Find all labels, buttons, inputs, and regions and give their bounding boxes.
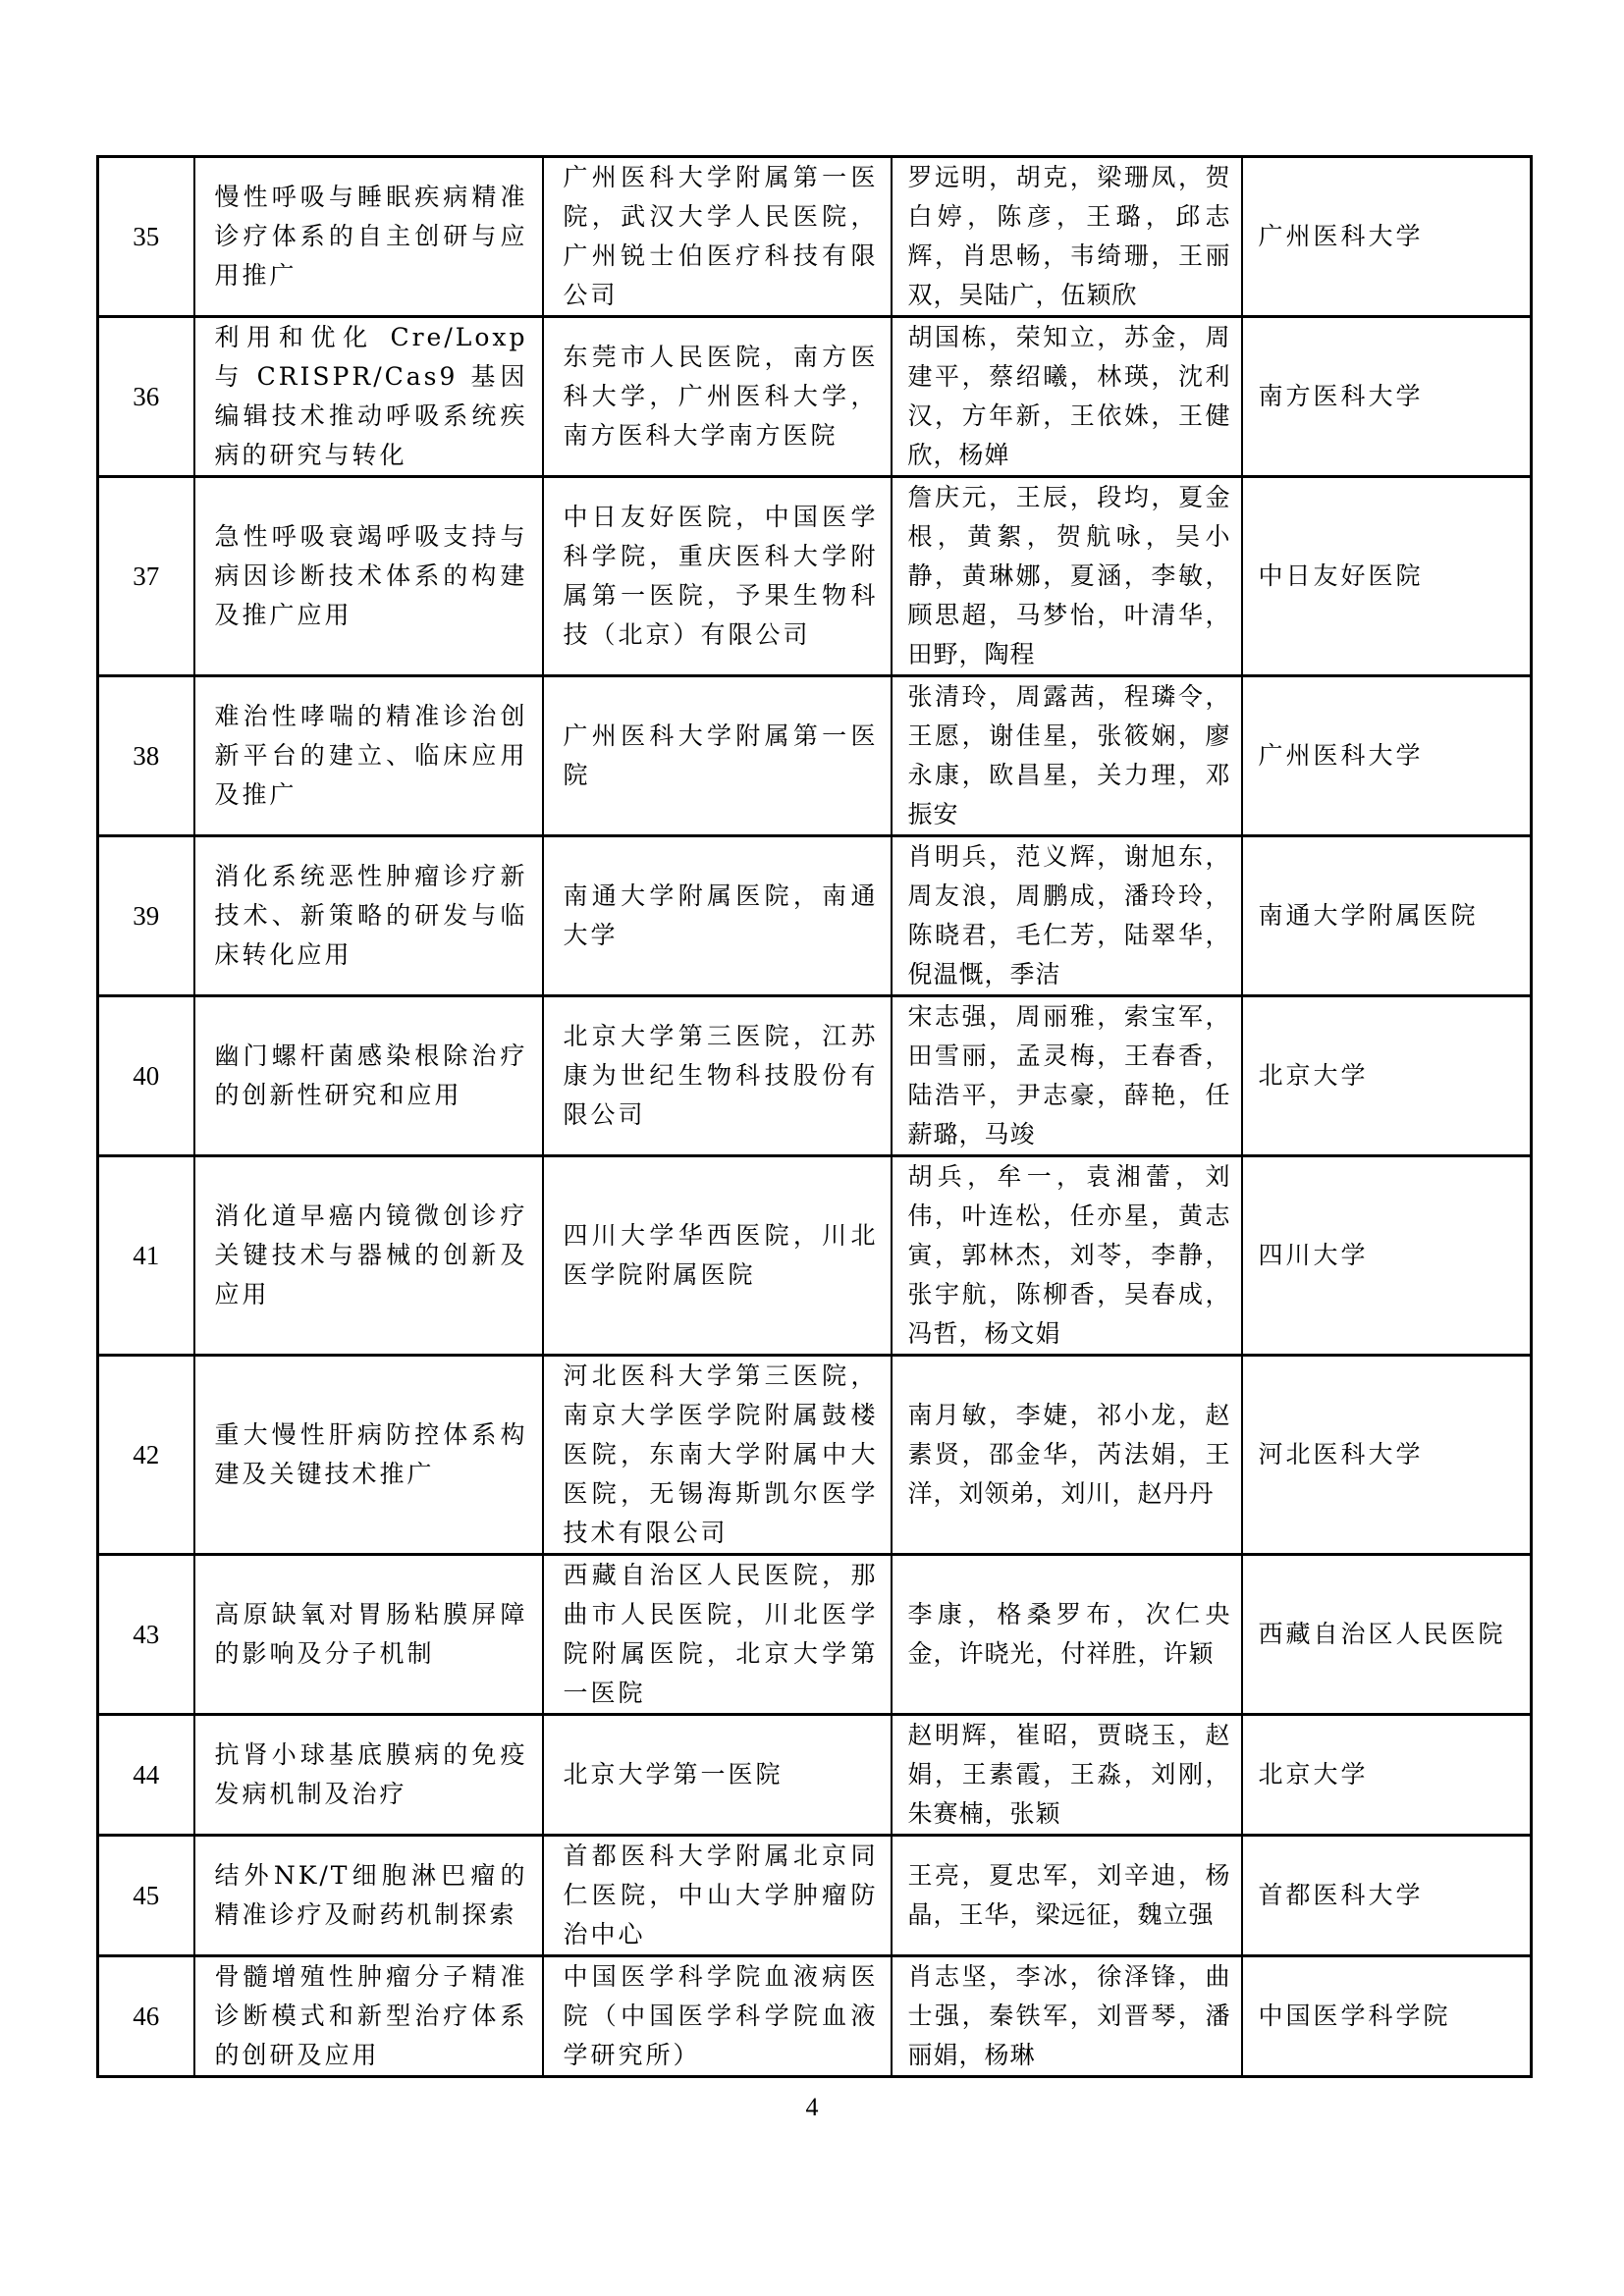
table-row: 40 幽门螺杆菌感染根除治疗的创新性研究和应用 北京大学第三医院，江苏康为世纪生… (98, 996, 1532, 1156)
table-row: 39 消化系统恶性肿瘤诊疗新技术、新策略的研发与临床转化应用 南通大学附属医院，… (98, 836, 1532, 996)
row-number: 41 (98, 1156, 194, 1356)
completing-organizations: 广州医科大学附属第一医院，武汉大学人民医院，广州锐士伯医疗科技有限公司 (543, 157, 892, 317)
nominating-unit: 首都医科大学 (1242, 1836, 1532, 1956)
table-row: 43 高原缺氧对胃肠粘膜屏障的影响及分子机制 西藏自治区人民医院，那曲市人民医院… (98, 1555, 1532, 1715)
row-number: 42 (98, 1356, 194, 1555)
completing-members: 胡国栋，荣知立，苏金，周建平，蔡绍曦，林瑛，沈利汉，方年新，王依姝，王健欣，杨婵 (892, 317, 1242, 477)
nominating-unit: 南通大学附属医院 (1242, 836, 1532, 996)
nominating-unit: 北京大学 (1242, 1715, 1532, 1836)
completing-organizations: 中国医学科学院血液病医院（中国医学科学院血液学研究所） (543, 1956, 892, 2077)
project-title: 高原缺氧对胃肠粘膜屏障的影响及分子机制 (194, 1555, 543, 1715)
project-title: 难治性哮喘的精准诊治创新平台的建立、临床应用及推广 (194, 676, 543, 836)
nominating-unit: 中国医学科学院 (1242, 1956, 1532, 2077)
completing-members: 张清玲，周露茜，程璘令，王愿，谢佳星，张筱娴，廖永康，欧昌星，关力理，邓振安 (892, 676, 1242, 836)
project-title: 重大慢性肝病防控体系构建及关键技术推广 (194, 1356, 543, 1555)
nominating-unit: 西藏自治区人民医院 (1242, 1555, 1532, 1715)
awards-table: 35 慢性呼吸与睡眠疾病精准诊疗体系的自主创研与应用推广 广州医科大学附属第一医… (96, 155, 1533, 2078)
project-title: 消化系统恶性肿瘤诊疗新技术、新策略的研发与临床转化应用 (194, 836, 543, 996)
completing-members: 李康，格桑罗布，次仁央金，许晓光，付祥胜，许颖 (892, 1555, 1242, 1715)
row-number: 39 (98, 836, 194, 996)
project-title: 骨髓增殖性肿瘤分子精准诊断模式和新型治疗体系的创研及应用 (194, 1956, 543, 2077)
row-number: 46 (98, 1956, 194, 2077)
completing-members: 赵明辉，崔昭，贾晓玉，赵娟，王素霞，王淼，刘刚，朱赛楠，张颖 (892, 1715, 1242, 1836)
project-title: 消化道早癌内镜微创诊疗关键技术与器械的创新及应用 (194, 1156, 543, 1356)
completing-organizations: 南通大学附属医院，南通大学 (543, 836, 892, 996)
table-row: 37 急性呼吸衰竭呼吸支持与病因诊断技术体系的构建及推广应用 中日友好医院，中国… (98, 477, 1532, 676)
table-row: 45 结外NK/T细胞淋巴瘤的精准诊疗及耐药机制探索 首都医科大学附属北京同仁医… (98, 1836, 1532, 1956)
completing-organizations: 中日友好医院，中国医学科学院，重庆医科大学附属第一医院，予果生物科技（北京）有限… (543, 477, 892, 676)
completing-organizations: 四川大学华西医院，川北医学院附属医院 (543, 1156, 892, 1356)
completing-members: 肖志坚，李冰，徐泽锋，曲士强，秦铁军，刘晋琴，潘丽娟，杨琳 (892, 1956, 1242, 2077)
table-row: 46 骨髓增殖性肿瘤分子精准诊断模式和新型治疗体系的创研及应用 中国医学科学院血… (98, 1956, 1532, 2077)
table-row: 41 消化道早癌内镜微创诊疗关键技术与器械的创新及应用 四川大学华西医院，川北医… (98, 1156, 1532, 1356)
nominating-unit: 北京大学 (1242, 996, 1532, 1156)
project-title: 利用和优化 Cre/Loxp 与 CRISPR/Cas9 基因编辑技术推动呼吸系… (194, 317, 543, 477)
completing-organizations: 首都医科大学附属北京同仁医院，中山大学肿瘤防治中心 (543, 1836, 892, 1956)
nominating-unit: 广州医科大学 (1242, 676, 1532, 836)
project-title: 幽门螺杆菌感染根除治疗的创新性研究和应用 (194, 996, 543, 1156)
nominating-unit: 南方医科大学 (1242, 317, 1532, 477)
project-title: 结外NK/T细胞淋巴瘤的精准诊疗及耐药机制探索 (194, 1836, 543, 1956)
completing-organizations: 北京大学第一医院 (543, 1715, 892, 1836)
table-row: 44 抗肾小球基底膜病的免疫发病机制及治疗 北京大学第一医院 赵明辉，崔昭，贾晓… (98, 1715, 1532, 1836)
row-number: 40 (98, 996, 194, 1156)
completing-organizations: 北京大学第三医院，江苏康为世纪生物科技股份有限公司 (543, 996, 892, 1156)
row-number: 38 (98, 676, 194, 836)
row-number: 36 (98, 317, 194, 477)
project-title: 急性呼吸衰竭呼吸支持与病因诊断技术体系的构建及推广应用 (194, 477, 543, 676)
completing-members: 肖明兵，范义辉，谢旭东，周友浪，周鹏成，潘玲玲，陈晓君，毛仁芳，陆翠华，倪温慨，… (892, 836, 1242, 996)
table-row: 42 重大慢性肝病防控体系构建及关键技术推广 河北医科大学第三医院，南京大学医学… (98, 1356, 1532, 1555)
completing-organizations: 西藏自治区人民医院，那曲市人民医院，川北医学院附属医院，北京大学第一医院 (543, 1555, 892, 1715)
completing-members: 胡兵，牟一，袁湘蕾，刘伟，叶连松，任亦星，黄志寅，郭林杰，刘苓，李静，张宇航，陈… (892, 1156, 1242, 1356)
row-number: 44 (98, 1715, 194, 1836)
completing-organizations: 河北医科大学第三医院，南京大学医学院附属鼓楼医院，东南大学附属中大医院，无锡海斯… (543, 1356, 892, 1555)
project-title: 慢性呼吸与睡眠疾病精准诊疗体系的自主创研与应用推广 (194, 157, 543, 317)
nominating-unit: 广州医科大学 (1242, 157, 1532, 317)
completing-members: 王亮，夏忠军，刘辛迪，杨晶，王华，梁远征，魏立强 (892, 1836, 1242, 1956)
row-number: 45 (98, 1836, 194, 1956)
row-number: 35 (98, 157, 194, 317)
table-row: 38 难治性哮喘的精准诊治创新平台的建立、临床应用及推广 广州医科大学附属第一医… (98, 676, 1532, 836)
table-row: 36 利用和优化 Cre/Loxp 与 CRISPR/Cas9 基因编辑技术推动… (98, 317, 1532, 477)
row-number: 37 (98, 477, 194, 676)
page-number: 4 (0, 2093, 1624, 2122)
project-title: 抗肾小球基底膜病的免疫发病机制及治疗 (194, 1715, 543, 1836)
completing-members: 宋志强，周丽雅，索宝军，田雪丽，孟灵梅，王春香，陆浩平，尹志豪，薛艳，任薪璐，马… (892, 996, 1242, 1156)
nominating-unit: 河北医科大学 (1242, 1356, 1532, 1555)
completing-members: 罗远明，胡克，梁珊凤，贺白婷，陈彦，王璐，邱志辉，肖思畅，韦绮珊，王丽双，吴陆广… (892, 157, 1242, 317)
table-row: 35 慢性呼吸与睡眠疾病精准诊疗体系的自主创研与应用推广 广州医科大学附属第一医… (98, 157, 1532, 317)
completing-organizations: 东莞市人民医院，南方医科大学，广州医科大学，南方医科大学南方医院 (543, 317, 892, 477)
completing-members: 詹庆元，王辰，段均，夏金根，黄絮，贺航咏，吴小静，黄琳娜，夏涵，李敏，顾思超，马… (892, 477, 1242, 676)
row-number: 43 (98, 1555, 194, 1715)
completing-organizations: 广州医科大学附属第一医院 (543, 676, 892, 836)
nominating-unit: 中日友好医院 (1242, 477, 1532, 676)
nominating-unit: 四川大学 (1242, 1156, 1532, 1356)
completing-members: 南月敏，李婕，祁小龙，赵素贤，邵金华，芮法娟，王洋，刘领弟，刘川，赵丹丹 (892, 1356, 1242, 1555)
